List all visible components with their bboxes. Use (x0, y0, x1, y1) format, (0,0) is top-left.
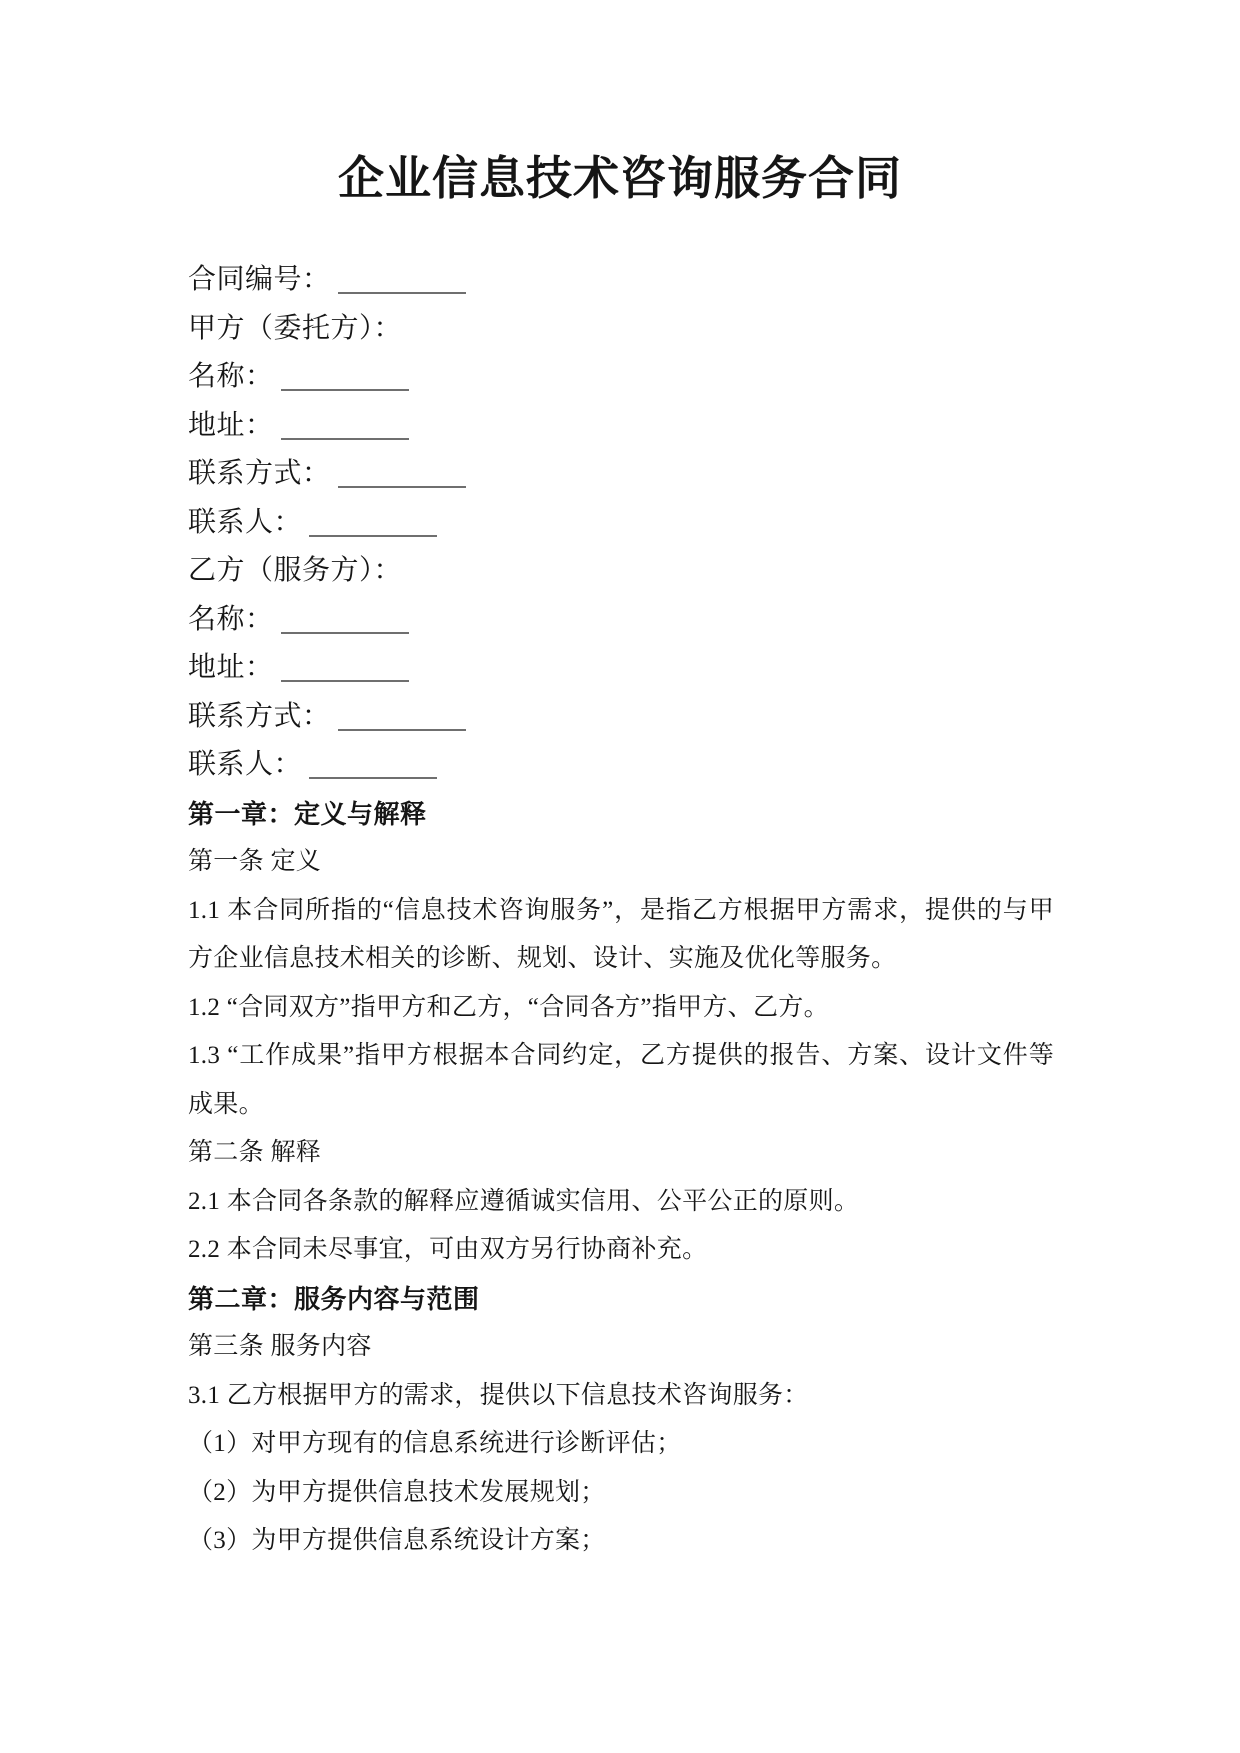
service-item-3: （3）为甲方提供信息系统设计方案； (188, 1517, 1054, 1566)
article-heading-interpretation: 第二条 解释 (188, 1129, 1054, 1178)
field-label-contact-method-b: 联系方式： (188, 701, 331, 732)
field-row-party-b-contact-method: 联系方式： (188, 693, 1054, 742)
blank-underline (281, 389, 409, 391)
service-item-1: （1）对甲方现有的信息系统进行诊断评估； (188, 1420, 1054, 1469)
clause-3-1: 3.1 乙方根据甲方的需求，提供以下信息技术咨询服务： (188, 1372, 1054, 1421)
blank-underline (281, 438, 409, 440)
party-b-heading: 乙方（服务方）： (188, 547, 1054, 596)
clause-2-2: 2.2 本合同未尽事宜，可由双方另行协商补充。 (188, 1226, 1054, 1275)
field-label-contact-person-b: 联系人： (188, 749, 302, 780)
field-row-party-b-contact-person: 联系人： (188, 741, 1054, 790)
field-row-party-b-name: 名称： (188, 596, 1054, 645)
party-a-label: 甲方（委托方）： (188, 313, 402, 344)
field-label-name-a: 名称： (188, 361, 274, 392)
blank-underline (309, 777, 437, 779)
clause-1-3: 1.3 “工作成果”指甲方根据本合同约定，乙方提供的报告、方案、设计文件等成果。 (188, 1032, 1054, 1129)
field-label-address-a: 地址： (188, 410, 274, 441)
party-b-label: 乙方（服务方）： (188, 555, 402, 586)
blank-underline (338, 292, 466, 294)
service-item-2: （2）为甲方提供信息技术发展规划； (188, 1469, 1054, 1518)
blank-underline (281, 632, 409, 634)
document-content: 合同编号： 甲方（委托方）： 名称： 地址： 联系方式： 联系人： 乙方（服务方… (188, 256, 1054, 1566)
field-row-party-a-contact-person: 联系人： (188, 499, 1054, 548)
blank-underline (338, 486, 466, 488)
field-row-party-a-name: 名称： (188, 353, 1054, 402)
clause-1-2: 1.2 “合同双方”指甲方和乙方，“合同各方”指甲方、乙方。 (188, 984, 1054, 1033)
article-heading-service-content: 第三条 服务内容 (188, 1323, 1054, 1372)
clause-2-1: 2.1 本合同各条款的解释应遵循诚实信用、公平公正的原则。 (188, 1178, 1054, 1227)
field-row-party-b-address: 地址： (188, 644, 1054, 693)
clause-1-1: 1.1 本合同所指的“信息技术咨询服务”，是指乙方根据甲方需求，提供的与甲方企业… (188, 887, 1054, 984)
field-label-name-b: 名称： (188, 604, 274, 635)
field-label-address-b: 地址： (188, 652, 274, 683)
blank-underline (281, 680, 409, 682)
contract-page: 企业信息技术咨询服务合同 合同编号： 甲方（委托方）： 名称： 地址： 联系方式… (0, 0, 1240, 1753)
chapter-heading-1: 第一章：定义与解释 (188, 790, 1054, 839)
field-row-party-a-address: 地址： (188, 402, 1054, 451)
field-label-contract-number: 合同编号： (188, 264, 331, 295)
article-heading-definitions: 第一条 定义 (188, 838, 1054, 887)
field-label-contact-person-a: 联系人： (188, 507, 302, 538)
field-label-contact-method-a: 联系方式： (188, 458, 331, 489)
blank-underline (309, 535, 437, 537)
field-row-party-a-contact-method: 联系方式： (188, 450, 1054, 499)
blank-underline (338, 729, 466, 731)
party-a-heading: 甲方（委托方）： (188, 305, 1054, 354)
chapter-heading-2: 第二章：服务内容与范围 (188, 1275, 1054, 1324)
field-row-contract-number: 合同编号： (188, 256, 1054, 305)
document-title: 企业信息技术咨询服务合同 (0, 0, 1240, 208)
